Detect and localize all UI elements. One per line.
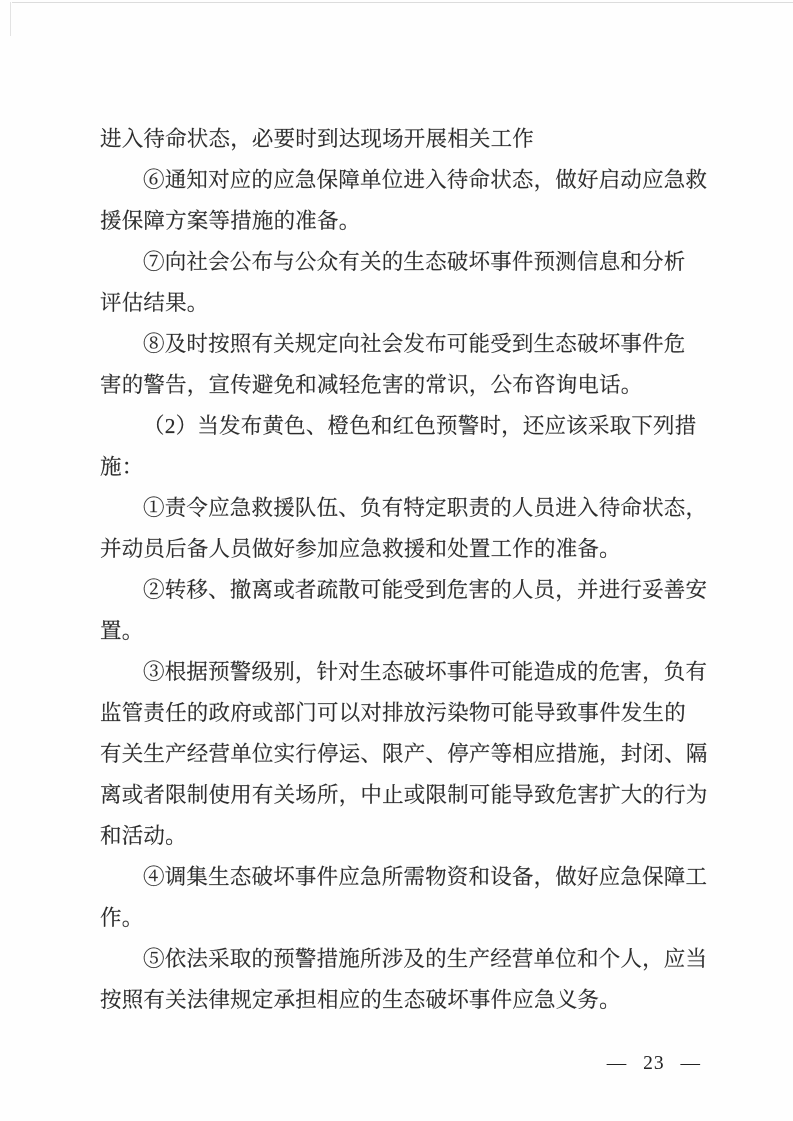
paragraph: 进入待命状态，必要时到达现场开展相关工作	[100, 119, 708, 160]
scan-edge-artifact	[10, 2, 11, 36]
scanned-document-page: 进入待命状态，必要时到达现场开展相关工作 ⑥通知对应的应急保障单位进入待命状态，…	[0, 0, 793, 1121]
paragraph: ⑧及时按照有关规定向社会发布可能受到生态破坏事件危 害的警告，宣传避免和减轻危害…	[100, 324, 708, 406]
paragraph: ⑥通知对应的应急保障单位进入待命状态，做好启动应急救 援保障方案等措施的准备。	[100, 160, 708, 242]
paragraph: ⑦向社会公布与公众有关的生态破坏事件预测信息和分析 评估结果。	[100, 242, 708, 324]
paragraph: ⑤依法采取的预警措施所涉及的生产经营单位和个人，应当 按照有关法律规定承担相应的…	[100, 939, 708, 1021]
page-number: — 23 —	[607, 1050, 701, 1078]
paragraph: ③根据预警级别，针对生态破坏事件可能造成的危害，负有 监管责任的政府或部门可以对…	[100, 652, 708, 857]
paragraph: ②转移、撤离或者疏散可能受到危害的人员，并进行妥善安 置。	[100, 570, 708, 652]
paragraph: ①责令应急救援队伍、负有特定职责的人员进入待命状态， 并动员后备人员做好参加应急…	[100, 488, 708, 570]
paragraph: ④调集生态破坏事件应急所需物资和设备，做好应急保障工 作。	[100, 857, 708, 939]
scan-edge-artifact	[12, 2, 793, 3]
document-body-text: 进入待命状态，必要时到达现场开展相关工作 ⑥通知对应的应急保障单位进入待命状态，…	[100, 119, 708, 1021]
paragraph: （2）当发布黄色、橙色和红色预警时，还应该采取下列措 施：	[100, 406, 708, 488]
